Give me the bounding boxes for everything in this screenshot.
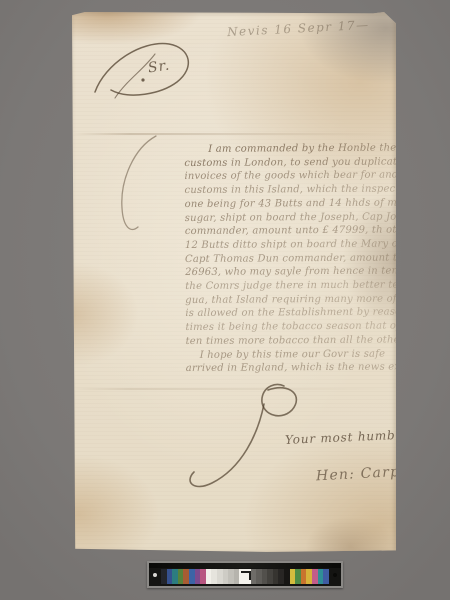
letter-line: times it being the tobacco season that o… (185, 319, 450, 335)
calibration-bar-top-band (149, 563, 341, 568)
endorsement-date: Nevis 16 Sepr 17— (227, 17, 388, 39)
initial-flourish (112, 130, 172, 245)
letter-line: is allowed on the Establishment by reaso… (185, 305, 450, 321)
calibration-marker (239, 569, 250, 584)
salutation-flourish (85, 34, 205, 114)
letter-line: ten times more tobacco than all the othe… (186, 333, 450, 349)
letter-line: I hope by this time our Govr is safe (186, 347, 450, 363)
letter-line: Capt Thomas Dun commander, amount to £ (185, 251, 450, 267)
letter-body: I am commanded by the Honble the Comrs o… (184, 141, 450, 376)
letter-line: invoices of the goods which bear for and… (184, 168, 450, 184)
letter-line: commander, amount unto £ 47999, th other… (185, 223, 450, 239)
letter-line: customs in London, to send you duplicats… (184, 155, 450, 171)
calibration-bar (149, 563, 341, 586)
letter-line: arrived in England, which is the news ex… (186, 360, 450, 376)
letter-line: one being for 43 Butts and 14 hhds of mu… (185, 196, 450, 212)
letter-line: the Comrs judge there in much better ter… (185, 278, 450, 294)
letter-line: sugar, shipt on board the Joseph, Cap Jo… (185, 210, 450, 226)
calibration-patch-row (161, 569, 329, 584)
letter-line: 26963, who may sayle from hence in ten d… (185, 264, 450, 280)
color-patch (323, 569, 329, 584)
calibration-arrow-icon (241, 571, 251, 580)
photograph: Nevis 16 Sepr 17— Sr. I am commanded by … (0, 0, 450, 600)
letter-line: I am commanded by the Honble the Comrs o… (184, 141, 450, 157)
signature: Hen: Carpenter (316, 462, 445, 485)
letter-line: gua, that Island requiring many more off… (185, 292, 450, 308)
letter-page: Nevis 16 Sepr 17— Sr. I am commanded by … (72, 12, 396, 552)
registration-dot-right (333, 573, 337, 577)
letter-line: 12 Butts ditto shipt on board the Mary o… (185, 237, 450, 253)
registration-dot-left (153, 573, 157, 577)
salutation: Sr. (147, 58, 171, 77)
color-calibration-strip (147, 561, 343, 588)
letter-line: customs in this Island, which the inspec… (184, 182, 450, 198)
